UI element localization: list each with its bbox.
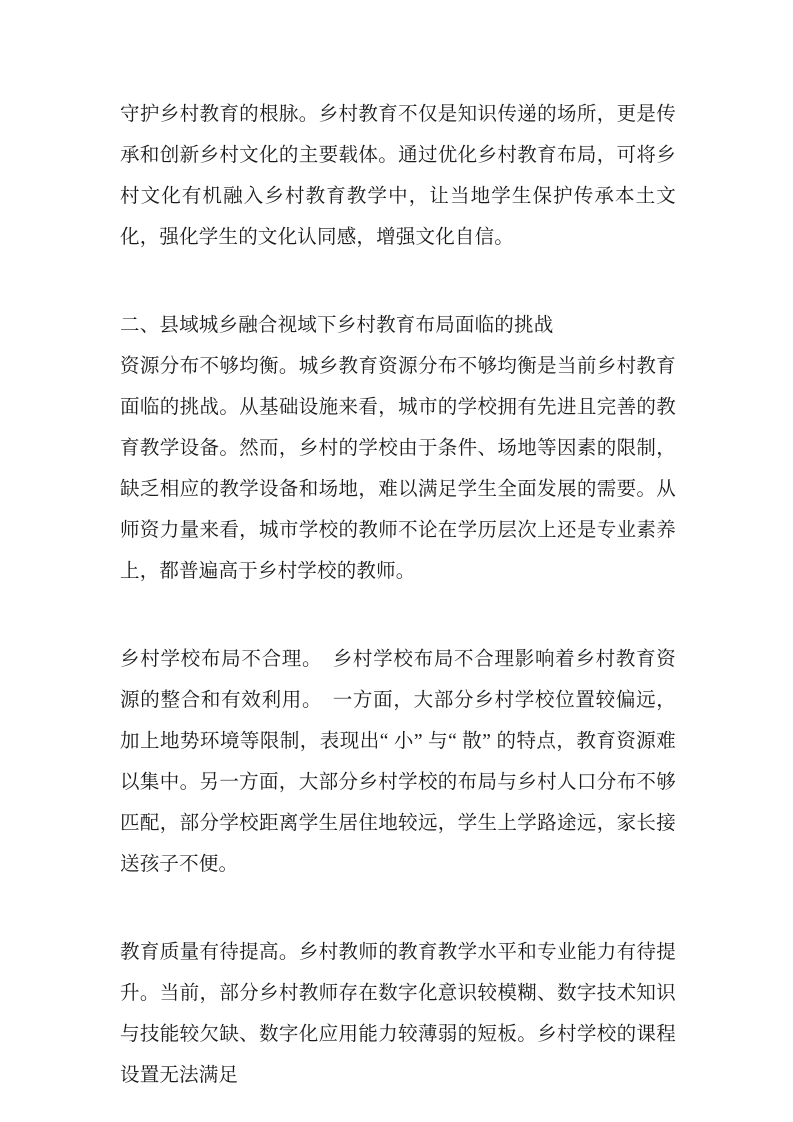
document-content: 守护乡村教育的根脉。乡村教育不仅是知识传递的场所，更是传承和创新乡村文化的主要载… <box>120 94 676 1096</box>
section-heading-challenges: 二、县域城乡融合视域下乡村教育布局面临的挑战 <box>120 305 676 346</box>
paragraph-culture-protection: 守护乡村教育的根脉。乡村教育不仅是知识传递的场所，更是传承和创新乡村文化的主要载… <box>120 94 676 258</box>
paragraph-resource-imbalance: 资源分布不够均衡。城乡教育资源分布不够均衡是当前乡村教育面临的挑战。从基础设施来… <box>120 346 676 592</box>
paragraph-education-quality: 教育质量有待提高。乡村教师的教育教学水平和专业能力有待提升。当前，部分乡村教师存… <box>120 932 676 1096</box>
paragraph-school-layout: 乡村学校布局不合理。 乡村学校布局不合理影响着乡村教育资源的整合和有效利用。 一… <box>120 639 676 885</box>
document-page: 守护乡村教育的根脉。乡村教育不仅是知识传递的场所，更是传承和创新乡村文化的主要载… <box>0 0 793 1122</box>
